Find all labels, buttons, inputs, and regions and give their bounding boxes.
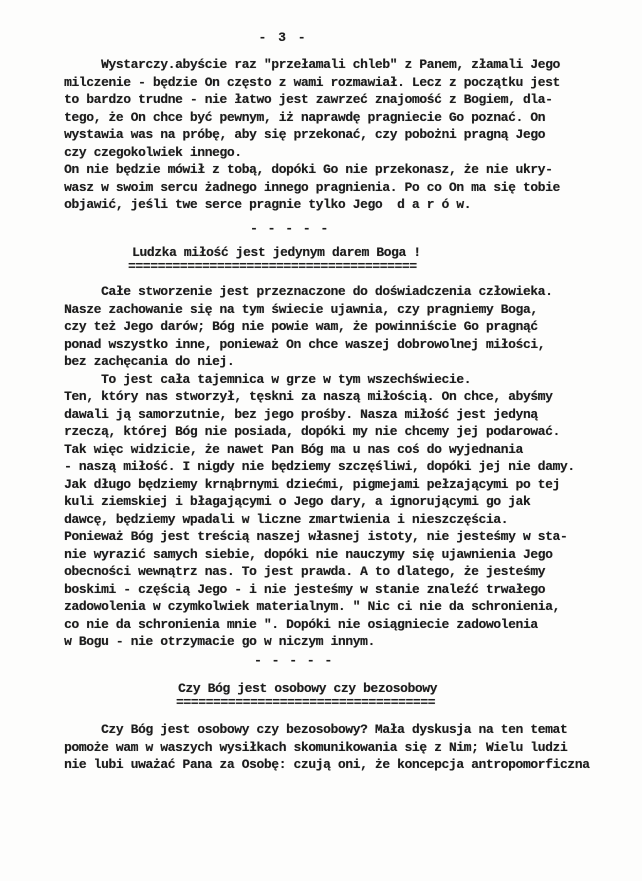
text-line: nie wyrazić samych siebie, dopóki nie na… (64, 546, 604, 564)
text-line: zadowolenia w czymkolwiek materialnym. "… (64, 598, 604, 616)
text-line: kuli ziemskiej i błagającymi o Jego dary… (64, 493, 604, 511)
text-line: To jest cała tajemnica w grze w tym wsze… (64, 371, 604, 389)
text-line: Nasze zachowanie się na tym świecie ujaw… (64, 301, 604, 319)
text-line: dawali ją samorzutnie, bez jego prośby. … (64, 406, 604, 424)
text-line: On nie będzie mówił z tobą, dopóki Go ni… (64, 161, 604, 179)
text-line: - naszą miłość. I nigdy nie będziemy szc… (64, 458, 604, 476)
heading-underline-1: ======================================= (64, 261, 604, 273)
page-number: - 3 - (0, 30, 566, 45)
document-body: Wystarczy.abyście raz "przełamali chleb"… (64, 56, 604, 774)
section-separator-1: - - - - - (64, 222, 604, 236)
text-line: czy też Jego darów; Bóg nie powie wam, ż… (64, 318, 604, 336)
text-line: obecności wewnątrz nas. To jest prawda. … (64, 563, 604, 581)
text-line: milczenie - będzie On często z wami rozm… (64, 74, 604, 92)
text-line: Tak więc widzicie, że nawet Pan Bóg ma u… (64, 441, 604, 459)
text-line: ponad wszystko inne, ponieważ On chce wa… (64, 336, 604, 354)
paragraph-intro: Wystarczy.abyście raz "przełamali chleb"… (64, 56, 604, 214)
text-line: boskimi - częścią Jego - i nie jesteśmy … (64, 581, 604, 599)
text-line: wystawia was na próbę, aby się przekonać… (64, 126, 604, 144)
scanned-document-page: - 3 - Wystarczy.abyście raz "przełamali … (0, 0, 642, 881)
section-separator-2: - - - - - (64, 654, 604, 668)
text-line: Ponieważ Bóg jest treścią naszej własnej… (64, 528, 604, 546)
text-line: nie lubi uważać Pana za Osobę: czują oni… (64, 756, 604, 774)
text-line: bez zachęcania do niej. (64, 353, 604, 371)
text-line: co nie da schronienia mnie ". Dopóki nie… (64, 616, 604, 634)
text-line: to bardzo trudne - nie łatwo jest zawrze… (64, 91, 604, 109)
text-line: Jak długo będziemy krnąbrnymi dziećmi, p… (64, 476, 604, 494)
text-line: objawić, jeśli twe serce pragnie tylko J… (64, 196, 604, 214)
text-line: pomoże wam w waszych wysiłkach skomuniko… (64, 739, 604, 757)
text-line: tego, że On chce być pewnym, iż naprawdę… (64, 109, 604, 127)
text-line: rzeczą, której Bóg nie posiada, dopóki m… (64, 423, 604, 441)
text-line: czy czegokolwiek innego. (64, 144, 604, 162)
text-line: dawcę, będziemy wpadali w liczne zmartwi… (64, 511, 604, 529)
text-line: Ten, który nas stworzył, tęskni za naszą… (64, 388, 604, 406)
heading-underline-2: =================================== (64, 697, 604, 709)
text-line: w Bogu - nie otrzymacie go w niczym inny… (64, 633, 604, 651)
text-line: Wystarczy.abyście raz "przełamali chleb"… (64, 56, 604, 74)
paragraph-human-love: Całe stworzenie jest przeznaczone do doś… (64, 283, 604, 651)
paragraph-personal-god: Czy Bóg jest osobowy czy bezosobowy? Mał… (64, 721, 604, 774)
text-line: wasz w swoim sercu żadnego innego pragni… (64, 179, 604, 197)
text-line: Całe stworzenie jest przeznaczone do doś… (64, 283, 604, 301)
text-line: Czy Bóg jest osobowy czy bezosobowy? Mał… (64, 721, 604, 739)
